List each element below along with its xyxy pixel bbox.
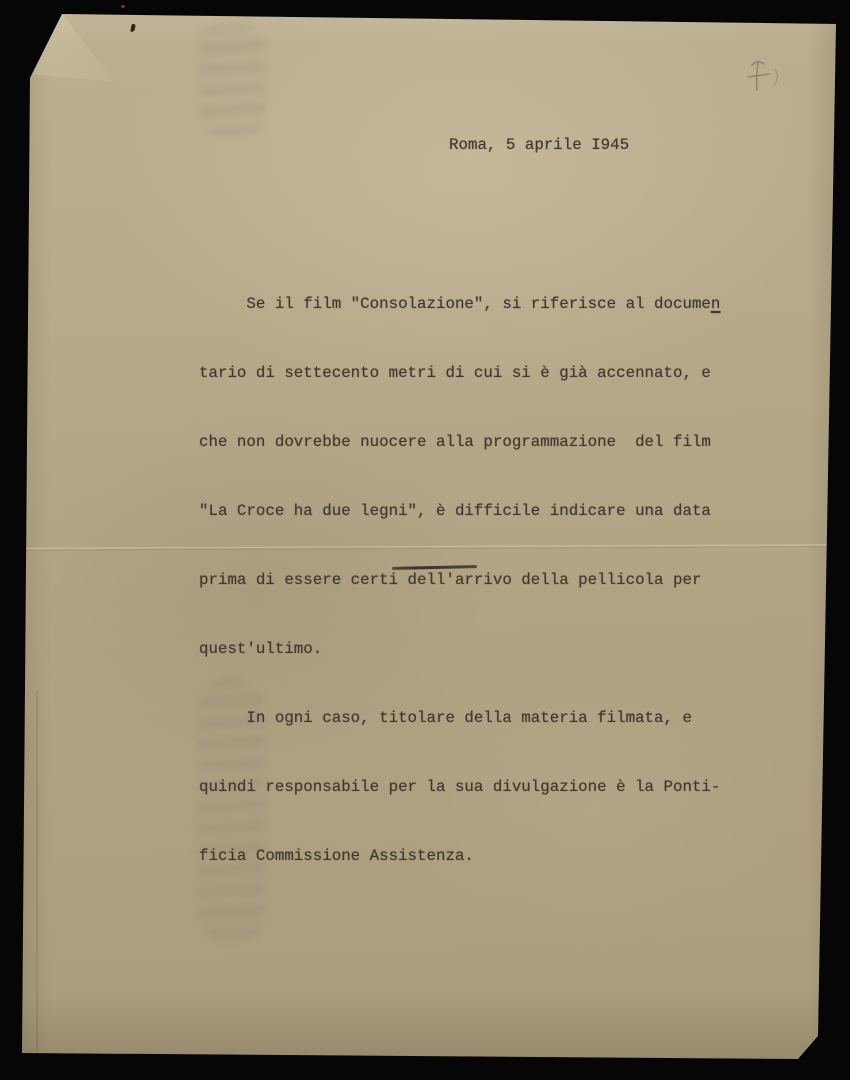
underlined-character: n [711,295,720,313]
letter-line: quindi responsabile per la sua divulgazi… [199,776,720,799]
letter-line: Se il film "Consolazione", si riferisce … [199,293,720,316]
pencil-mark-7 [742,54,786,100]
letter-line: che non dovrebbe nuocere alla programmaz… [199,431,720,454]
letter-line: prima di essere certi dell'arrivo della … [199,569,720,592]
letter-body: Se il film "Consolazione", si riferisce … [199,247,720,914]
letter-paper: Roma, 5 aprile I945 Se il film "Consolaz… [0,0,850,1080]
letter-line: quest'ultimo. [199,638,720,661]
letter-line: In ogni caso, titolare della materia fil… [199,707,720,730]
bleed-through-mark-top [198,24,266,136]
letter-line: "La Croce ha due legni", è difficile ind… [199,500,720,523]
scan-background: Roma, 5 aprile I945 Se il film "Consolaz… [0,0,850,1080]
vertical-crease [36,690,38,1055]
date-line: Roma, 5 aprile I945 [449,136,629,154]
dust-speck [121,5,125,8]
letter-line: ficia Commissione Assistenza. [199,845,720,868]
letter-line: tario di settecento metri di cui si è gi… [199,362,720,385]
